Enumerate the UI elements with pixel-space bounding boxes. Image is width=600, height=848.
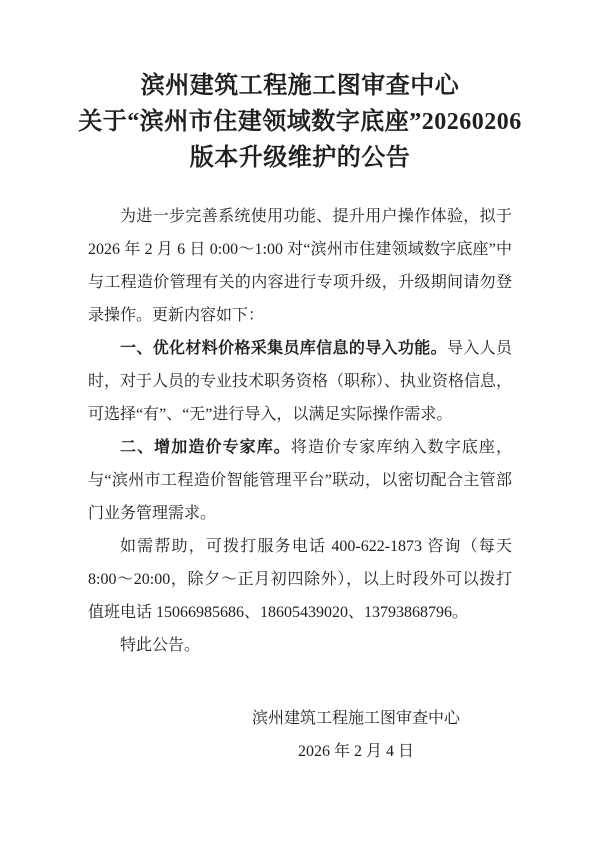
paragraph-notice: 特此公告。 bbox=[88, 629, 512, 662]
document-body: 为进一步完善系统使用功能、提升用户操作体验，拟于 2026 年 2 月 6 日 … bbox=[88, 200, 512, 662]
paragraph-intro: 为进一步完善系统使用功能、提升用户操作体验，拟于 2026 年 2 月 6 日 … bbox=[88, 200, 512, 332]
document-page: 滨州建筑工程施工图审查中心 关于“滨州市住建领域数字底座”20260206 版本… bbox=[0, 0, 600, 848]
signature-line: 滨州建筑工程施工图审查中心 bbox=[200, 702, 512, 735]
title-line-1: 滨州建筑工程施工图审查中心 bbox=[0, 68, 600, 104]
paragraph-item-2-heading: 二、增加造价专家库。 bbox=[120, 439, 291, 456]
paragraph-notice-text: 特此公告。 bbox=[120, 637, 200, 654]
closing-block: 滨州建筑工程施工图审查中心 2026 年 2 月 4 日 bbox=[88, 702, 512, 768]
closing-inner: 滨州建筑工程施工图审查中心 2026 年 2 月 4 日 bbox=[200, 702, 512, 768]
paragraph-help-text: 如需帮助，可拨打服务电话 400-622-1873 咨询（每天 8:00～20:… bbox=[88, 538, 512, 621]
document-title: 滨州建筑工程施工图审查中心 关于“滨州市住建领域数字底座”20260206 版本… bbox=[0, 0, 600, 176]
paragraph-help: 如需帮助，可拨打服务电话 400-622-1873 咨询（每天 8:00～20:… bbox=[88, 530, 512, 629]
paragraph-item-1-heading: 一、优化材料价格采集员库信息的导入功能。 bbox=[120, 340, 447, 357]
title-line-2: 关于“滨州市住建领域数字底座”20260206 bbox=[0, 104, 600, 140]
paragraph-item-1: 一、优化材料价格采集员库信息的导入功能。导入人员时，对于人员的专业技术职务资格（… bbox=[88, 332, 512, 431]
date-line: 2026 年 2 月 4 日 bbox=[200, 735, 512, 768]
title-line-3: 版本升级维护的公告 bbox=[0, 140, 600, 176]
paragraph-item-2: 二、增加造价专家库。将造价专家库纳入数字底座，与“滨州市工程造价智能管理平台”联… bbox=[88, 431, 512, 530]
paragraph-intro-text: 为进一步完善系统使用功能、提升用户操作体验，拟于 2026 年 2 月 6 日 … bbox=[88, 208, 512, 324]
